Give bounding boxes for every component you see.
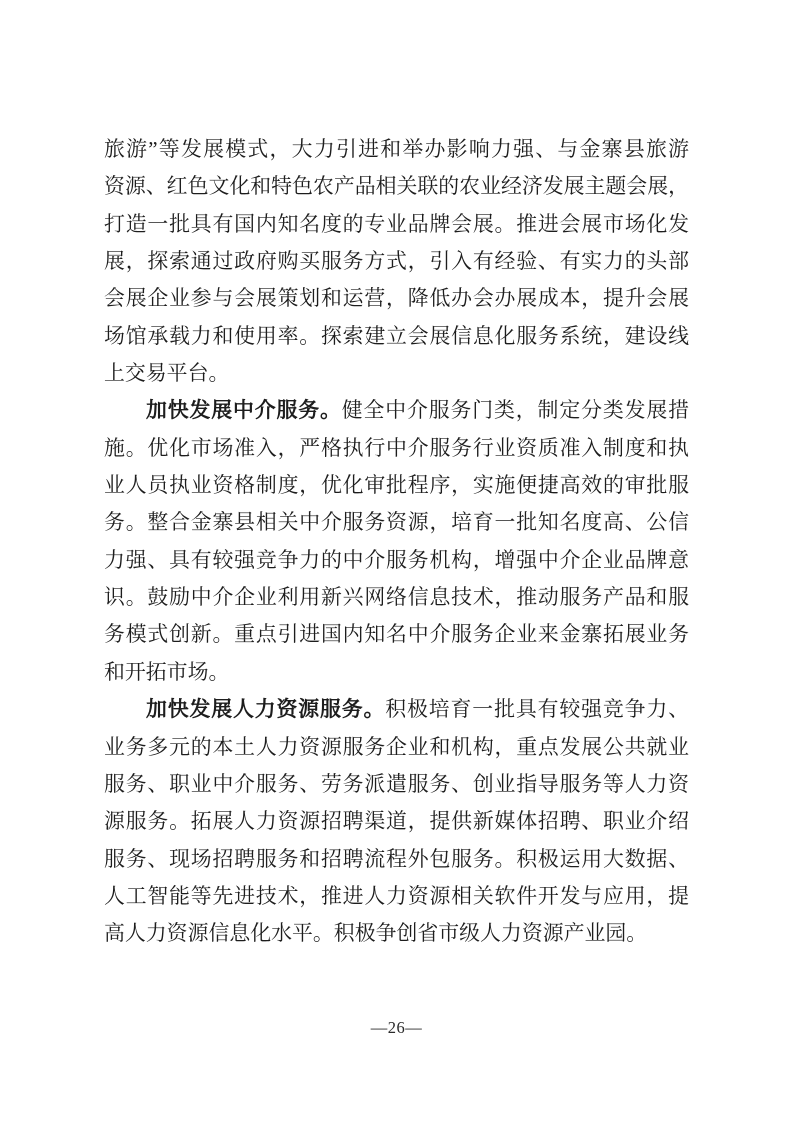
document-body: 旅游”等发展模式，大力引进和举办影响力强、与金寨县旅游资源、红色文化和特色农产品…: [104, 131, 689, 953]
text-line: 场馆承载力和使用率。探索建立会展信息化服务系统，建设线: [104, 318, 689, 355]
paragraph-exhibition-services: 旅游”等发展模式，大力引进和举办影响力强、与金寨县旅游资源、红色文化和特色农产品…: [104, 131, 689, 392]
text-line: 加快发展人力资源服务。积极培育一批具有较强竞争力、: [104, 691, 689, 728]
text-line: 服务、职业中介服务、劳务派遣服务、创业指导服务等人力资: [104, 766, 689, 803]
text-line: 上交易平台。: [104, 355, 689, 392]
text-line: 展，探索通过政府购买服务方式，引入有经验、有实力的头部: [104, 243, 689, 280]
bold-paragraph-lead: 加快发展中介服务。: [146, 399, 342, 422]
text-line: 人工智能等先进技术，推进人力资源相关软件开发与应用，提: [104, 878, 689, 915]
text-line: 识。鼓励中介企业利用新兴网络信息技术，推动服务产品和服: [104, 579, 689, 616]
paragraph-human-resources-services: 加快发展人力资源服务。积极培育一批具有较强竞争力、业务多元的本土人力资源服务企业…: [104, 691, 689, 952]
text-line: 务。整合金寨县相关中介服务资源，培育一批知名度高、公信: [104, 504, 689, 541]
text-line: 业人员执业资格制度，优化审批程序，实施便捷高效的审批服: [104, 467, 689, 504]
paragraph-intermediary-services: 加快发展中介服务。健全中介服务门类，制定分类发展措施。优化市场准入，严格执行中介…: [104, 392, 689, 691]
document-page: 旅游”等发展模式，大力引进和举办影响力强、与金寨县旅游资源、红色文化和特色农产品…: [0, 0, 793, 1122]
text-line: 力强、具有较强竞争力的中介服务机构，增强中介企业品牌意: [104, 542, 689, 579]
text-line: 旅游”等发展模式，大力引进和举办影响力强、与金寨县旅游: [104, 131, 689, 168]
text-line: 高人力资源信息化水平。积极争创省市级人力资源产业园。: [104, 915, 689, 952]
text-line: 资源、红色文化和特色农产品相关联的农业经济发展主题会展，: [104, 168, 689, 205]
text-line: 务模式创新。重点引进国内知名中介服务企业来金寨拓展业务: [104, 616, 689, 653]
text-line: 业务多元的本土人力资源服务企业和机构，重点发展公共就业: [104, 729, 689, 766]
text-line: 加快发展中介服务。健全中介服务门类，制定分类发展措: [104, 392, 689, 429]
bold-paragraph-lead: 加快发展人力资源服务。: [146, 698, 385, 721]
text-line: 会展企业参与会展策划和运营，降低办会办展成本，提升会展: [104, 280, 689, 317]
text-line: 施。优化市场准入，严格执行中介服务行业资质准入制度和执: [104, 430, 689, 467]
text-line: 服务、现场招聘服务和招聘流程外包服务。积极运用大数据、: [104, 841, 689, 878]
text-line: 打造一批具有国内知名度的专业品牌会展。推进会展市场化发: [104, 206, 689, 243]
text-line: 源服务。拓展人力资源招聘渠道，提供新媒体招聘、职业介绍: [104, 803, 689, 840]
page-number: —26—: [0, 1016, 793, 1040]
text-line: 和开拓市场。: [104, 654, 689, 691]
